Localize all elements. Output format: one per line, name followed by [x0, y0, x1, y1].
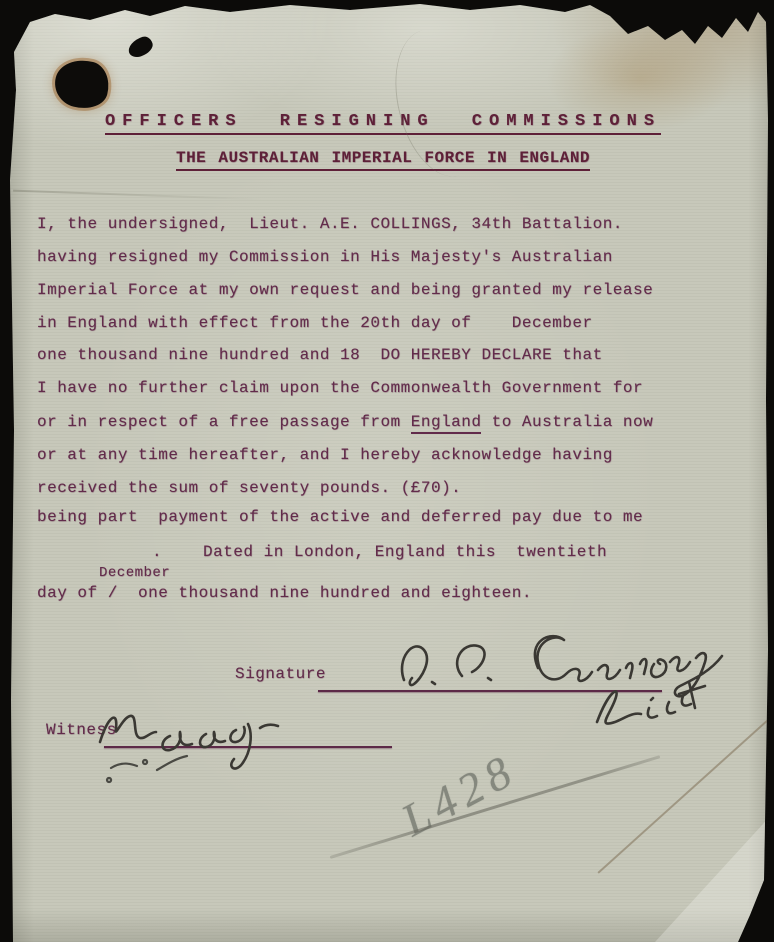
- scanned-document: OFFICERS RESIGNING COMMISSIONS THE AUSTR…: [0, 0, 774, 942]
- document-subtitle: THE AUSTRALIAN IMPERIAL FORCE IN ENGLAND: [0, 149, 766, 167]
- document-title-text: OFFICERS RESIGNING COMMISSIONS: [105, 112, 661, 135]
- document-title: OFFICERS RESIGNING COMMISSIONS: [0, 112, 766, 131]
- body-line: having resigned my Commission in His Maj…: [37, 248, 613, 266]
- body-line-segment: to Australia now: [481, 413, 653, 431]
- day-of-line: day of / one thousand nine hundred and e…: [37, 584, 532, 602]
- paper-crease: [13, 190, 263, 201]
- signature-label: Signature: [235, 665, 326, 683]
- body-line: I, the undersigned, Lieut. A.E. COLLINGS…: [37, 215, 623, 233]
- body-line: received the sum of seventy pounds. (£70…: [37, 479, 461, 497]
- body-line: or at any time hereafter, and I hereby a…: [37, 446, 613, 464]
- body-line-segment: or in respect of a free passage from: [37, 413, 411, 431]
- body-line: being part payment of the active and def…: [37, 508, 643, 526]
- paper-sheet: OFFICERS RESIGNING COMMISSIONS THE AUSTR…: [0, 0, 774, 942]
- body-line: or in respect of a free passage from Eng…: [37, 413, 653, 431]
- collings-rank-handwriting: [585, 678, 735, 738]
- body-line: one thousand nine hundred and 18 DO HERE…: [37, 346, 603, 364]
- dated-line: Dated in London, England this twentieth: [203, 543, 607, 561]
- document-subtitle-text: THE AUSTRALIAN IMPERIAL FORCE IN ENGLAND: [176, 149, 590, 171]
- stray-period: .: [152, 543, 162, 561]
- body-line: I have no further claim upon the Commonw…: [37, 379, 643, 397]
- underlined-word-england: England: [411, 413, 482, 434]
- inserted-month-word: December: [99, 565, 170, 581]
- body-line: Imperial Force at my own request and bei…: [37, 281, 653, 299]
- fold-crease-line: [597, 715, 773, 874]
- folded-corner: [0, 0, 774, 942]
- pencil-dash-marks: [105, 752, 197, 784]
- body-line: in England with effect from the 20th day…: [37, 314, 593, 332]
